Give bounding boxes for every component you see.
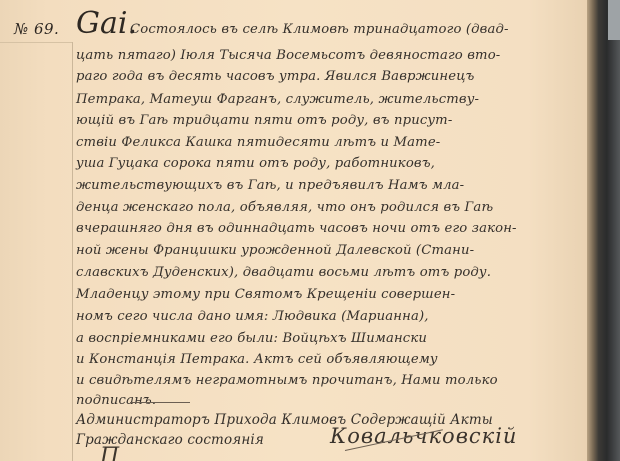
record-line: а воспріемниками его были: Войцѣхъ Шиман… bbox=[76, 331, 427, 346]
record-line: Младенцу этому при Святомъ Крещеніи сове… bbox=[76, 287, 455, 302]
record-line: ющій въ Гаѣ тридцати пяти отъ роду, въ п… bbox=[76, 113, 452, 128]
record-line: Петрака, Матеуш Фарганъ, служитель, жите… bbox=[76, 92, 479, 107]
record-line: уша Гуцака сорока пяти отъ роду, работни… bbox=[76, 156, 435, 171]
record-line: номъ сего числа дано имя: Людвика (Мариа… bbox=[76, 309, 429, 324]
margin-rule bbox=[72, 42, 73, 461]
record-line: денца женскаго пола, объявляя, что онъ р… bbox=[76, 200, 493, 215]
record-line: раго года въ десять часовъ утра. Явился … bbox=[76, 69, 474, 84]
header-rule bbox=[0, 42, 72, 43]
record-line: ствіи Феликса Кашка пятидесяти лѣтъ и Ма… bbox=[76, 135, 440, 150]
record-line: и свидѣтелямъ неграмотнымъ прочитанъ, На… bbox=[76, 373, 498, 388]
record-line: и Констанція Петрака. Актъ сей объявляющ… bbox=[76, 352, 438, 367]
record-line: вчерашняго дня въ одиннадцать часовъ ноч… bbox=[76, 221, 517, 236]
entry-number: № 69. bbox=[14, 20, 59, 38]
record-line: подписанъ. bbox=[76, 393, 156, 408]
book-binding bbox=[587, 0, 620, 461]
register-page: № 69. Gai. Состоялось въ селѣ Климовѣ тр… bbox=[0, 0, 587, 461]
binding-edge bbox=[608, 0, 620, 40]
place-name: Gai. bbox=[76, 6, 137, 41]
next-entry-fragment: П bbox=[100, 444, 119, 461]
record-line: ной жены Францишки урожденной Далевской … bbox=[76, 243, 474, 258]
signature: Ковальчковскій bbox=[330, 424, 517, 448]
line-filler-stroke bbox=[130, 402, 190, 403]
record-line: Состоялось въ селѣ Климовѣ тринадцатого … bbox=[130, 22, 509, 37]
record-line: жительствующихъ въ Гаѣ, и предъявилъ Нам… bbox=[76, 178, 464, 193]
record-line: славскихъ Дуденских), двадцати восьми лѣ… bbox=[76, 265, 491, 280]
record-line: цать пятаго) Іюля Тысяча Восемьсотъ девя… bbox=[76, 48, 500, 63]
